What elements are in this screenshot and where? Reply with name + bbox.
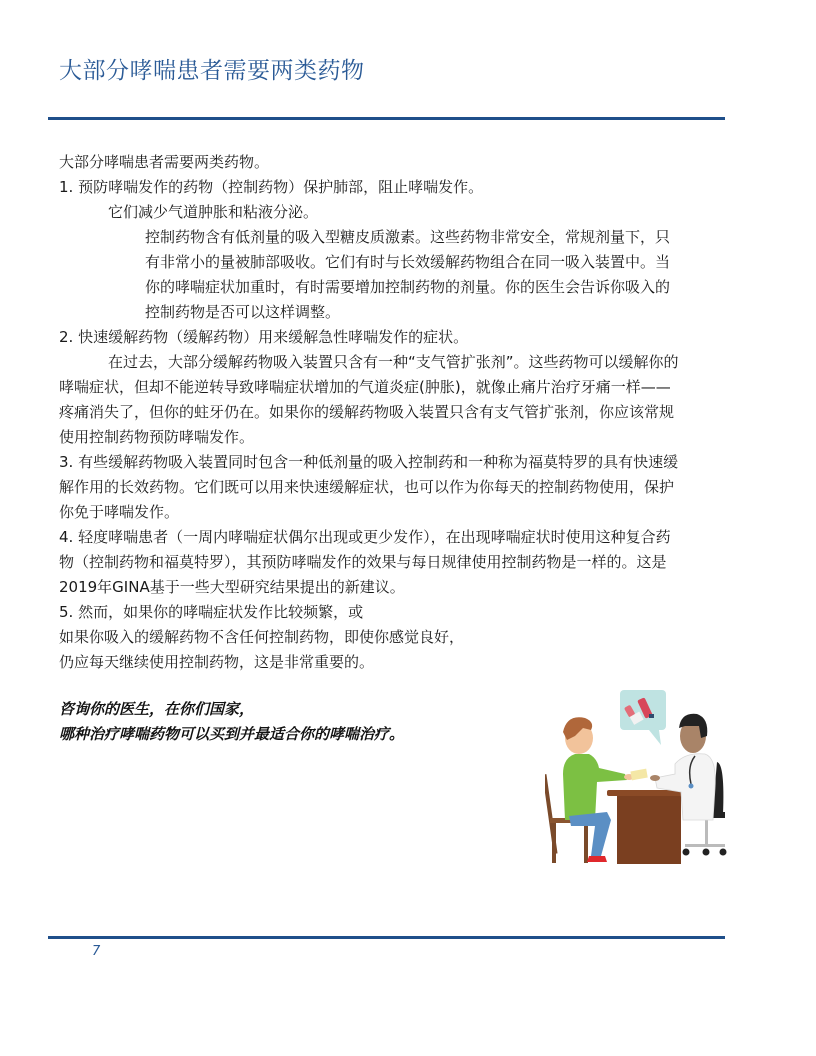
doctor-callout: 咨询你的医生，在你们国家， 哪种治疗哮喘药物可以买到并最适合你的哮喘治疗。 (59, 697, 404, 747)
speech-bubble-icon (620, 690, 666, 745)
item-1-detail-line: 控制药物含有低剂量的吸入型糖皮质激素。这些药物非常安全，常规剂量下，只 (59, 225, 719, 250)
doctor-consultation-illustration (545, 688, 735, 870)
item-4-line: 4. 轻度哮喘患者（一周内哮喘症状偶尔出现或更少发作），在出现哮喘症状时使用这种… (59, 525, 719, 550)
item-1-detail-line: 你的哮喘症状加重时，有时需要增加控制药物的剂量。你的医生会告诉你吸入的 (59, 275, 719, 300)
item-4-line: 物（控制药物和福莫特罗），其预防哮喘发作的效果与每日规律使用控制药物是一样的。这… (59, 550, 719, 575)
callout-line: 咨询你的医生，在你们国家， (59, 697, 404, 722)
item-5-line: 如果你吸入的缓解药物不含任何控制药物，即使你感觉良好， (59, 625, 719, 650)
item-5-line: 5. 然而，如果你的哮喘症状发作比较频繁，或 (59, 600, 719, 625)
callout-line: 哪种治疗哮喘药物可以买到并最适合你的哮喘治疗。 (59, 722, 404, 747)
page-title: 大部分哮喘患者需要两类药物 (59, 52, 365, 85)
item-2-paragraph-line: 疼痛消失了，但你的蛀牙仍在。如果你的缓解药物吸入装置只含有支气管扩张剂，你应该常… (59, 400, 719, 425)
item-1-heading: 1. 预防哮喘发作的药物（控制药物）保护肺部，阻止哮喘发作。 (59, 175, 719, 200)
desk-icon (607, 790, 685, 864)
prescription-paper (630, 769, 647, 781)
illustration-graphic (545, 688, 735, 870)
item-3-line: 3. 有些缓解药物吸入装置同时包含一种低剂量的吸入控制药和一种称为福莫特罗的具有… (59, 450, 719, 475)
item-1-detail-line: 控制药物是否可以这样调整。 (59, 300, 719, 325)
item-2-heading: 2. 快速缓解药物（缓解药物）用来缓解急性哮喘发作的症状。 (59, 325, 719, 350)
item-3-line: 你免于哮喘发作。 (59, 500, 719, 525)
item-4-line: 2019年GINA基于一些大型研究结果提出的新建议。 (59, 575, 719, 600)
footer-divider (48, 936, 725, 939)
item-2-paragraph-line: 使用控制药物预防哮喘发作。 (59, 425, 719, 450)
header-divider (48, 117, 725, 120)
item-2-paragraph-line: 在过去，大部分缓解药物吸入装置只含有一种“支气管扩张剂”。这些药物可以缓解你的 (59, 350, 719, 375)
item-1-sub: 它们减少气道肿胀和粘液分泌。 (59, 200, 719, 225)
item-5-line: 仍应每天继续使用控制药物，这是非常重要的。 (59, 650, 719, 675)
body-text: 大部分哮喘患者需要两类药物。 1. 预防哮喘发作的药物（控制药物）保护肺部，阻止… (59, 150, 719, 675)
item-3-line: 解作用的长效药物。它们既可以用来快速缓解症状，也可以作为你每天的控制药物使用，保… (59, 475, 719, 500)
page-number: 7 (92, 944, 100, 959)
item-1-detail-line: 有非常小的量被肺部吸收。它们有时与长效缓解药物组合在同一吸入装置中。当 (59, 250, 719, 275)
intro-paragraph: 大部分哮喘患者需要两类药物。 (59, 150, 719, 175)
item-2-paragraph-line: 哮喘症状，但却不能逆转导致哮喘症状增加的气道炎症(肿胀)，就像止痛片治疗牙痛一样… (59, 375, 719, 400)
